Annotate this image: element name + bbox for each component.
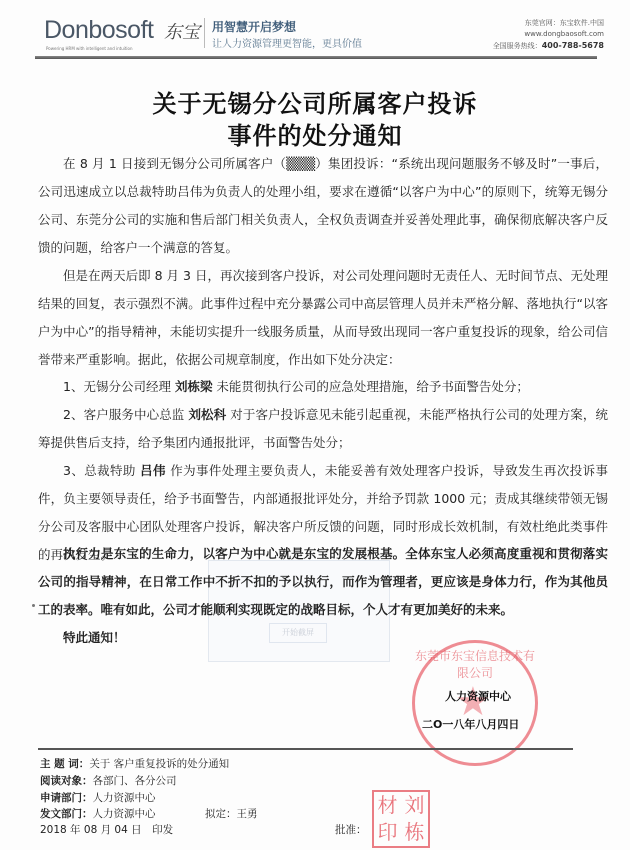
scan-dot	[32, 604, 35, 607]
letterhead: Donbosoft Powering HRM with intelligent …	[44, 14, 624, 54]
header-contact: 东莞官网：东宝软件.中国 www.dongbaosoft.com 全国服务热线：…	[493, 18, 604, 52]
footer-field-issuer: 发文部门：人力资源中心	[40, 806, 156, 822]
header-divider	[204, 18, 205, 48]
site-label: 东莞官网：东宝软件.中国	[493, 18, 604, 29]
website-url: www.dongbaosoft.com	[493, 29, 604, 40]
person-name: 吕伟	[140, 463, 166, 478]
hotline-number: 400-788-5678	[542, 41, 604, 50]
footer-field-subject: 主 题 词：关于 客户重复投诉的处分通知	[40, 756, 229, 772]
hotline-label: 全国服务热线：	[493, 42, 542, 50]
penalty-item-1: 1、无锡分公司经理 刘栋梁 未能贯彻执行公司的应急处理措施，给予书面警告处分；	[38, 373, 608, 401]
person-name: 刘松科	[188, 407, 226, 422]
slogan-main: 用智慧开启梦想	[212, 18, 296, 35]
logo-tagline: Powering HRM with intelligent and intuit…	[46, 46, 133, 51]
doc-title-line1: 关于无锡分公司所属客户投诉	[0, 84, 630, 119]
paragraph-1: 在 8 月 1 日接到无锡分公司所属客户（▒▒▒）集团投诉：“系统出现问题服务不…	[38, 150, 608, 262]
header-rule	[35, 56, 597, 59]
company-logo: Donbosoft	[44, 16, 153, 45]
footer-field-applicant: 申请部门：人力资源中心	[40, 790, 156, 806]
closing-paragraph: 执行力是东宝的生命力，以客户为中心就是东宝的发展根基。全体东宝人必须高度重视和贯…	[38, 540, 608, 624]
signature-date: 二O一八年八月四日	[422, 716, 519, 732]
doc-title-line2: 事件的处分通知	[0, 116, 630, 151]
approver-stamp: 材 刘 印 栋	[372, 790, 430, 848]
signature-department: 人力资源中心	[445, 688, 511, 704]
issue-date: 2018 年 08 月 04 日 印发	[40, 822, 173, 838]
person-name: 刘栋梁	[175, 379, 213, 394]
approve-label: 批准：	[335, 822, 367, 837]
footer-rule	[38, 748, 573, 750]
paragraph-2: 但是在两天后即 8 月 3 日，再次接到客户投诉，对公司处理问题时无责任人、无时…	[38, 262, 608, 374]
penalty-item-2: 2、客户服务中心总监 刘松科 对于客户投诉意见未能引起重视，未能严格执行公司的处…	[38, 401, 608, 457]
footer-field-audience: 阅读对象：各部门、各分公司	[40, 773, 177, 789]
slogan-sub: 让人力资源管理更智能，更具价值	[212, 35, 362, 50]
seal-text: 东莞市东宝信息技术有限公司	[415, 647, 535, 681]
drafter: 拟定：王勇	[205, 806, 258, 821]
logo-calligraphy: 东宝	[164, 18, 200, 44]
